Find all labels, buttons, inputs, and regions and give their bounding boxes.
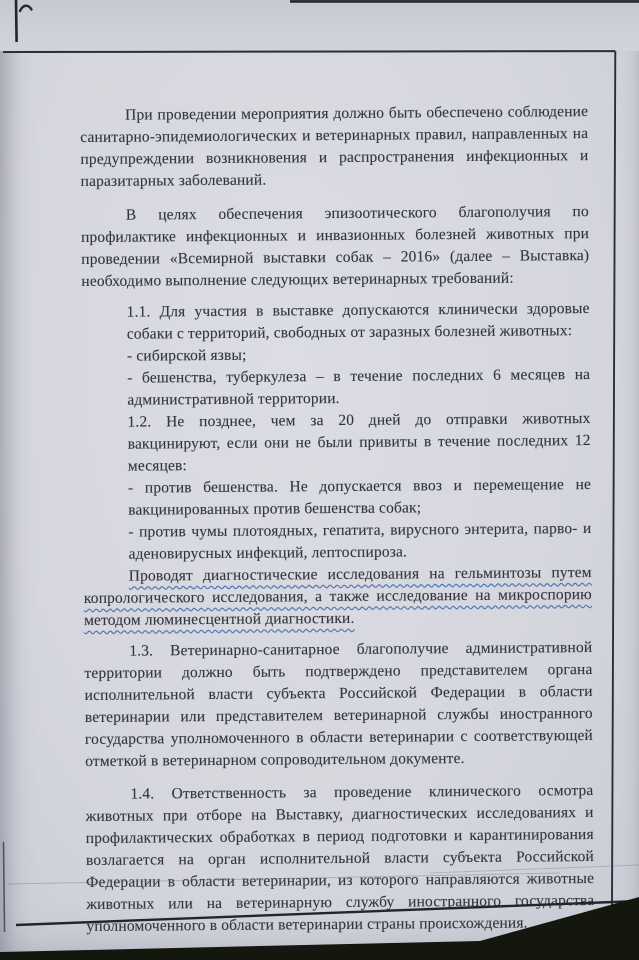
item-1-2: 1.2. Не позднее, чем за 20 дней до отпра…	[127, 408, 591, 478]
photocopy-border-right-line	[612, 51, 615, 906]
pen-underlined-text: Проводят диагностические исследования на…	[84, 564, 592, 629]
paragraph-purpose: В целях обеспечения эпизоотического благ…	[81, 201, 590, 293]
item-1-2-rabies-vaccine: - против бешенства. Не допускается ввоз …	[128, 474, 591, 522]
photocopy-border-top-line	[3, 51, 615, 52]
paragraph-1-3: 1.3. Ветеринарно-санитарное благополучие…	[84, 637, 593, 773]
paragraph-underlined: Проводят диагностические исследования на…	[84, 562, 593, 632]
item-1-2-distemper: - против чумы плотоядных, гепатита, виру…	[128, 518, 591, 566]
paragraph-intro: При проведении мероприятия должно быть о…	[80, 101, 589, 193]
document-photo: При проведении мероприятия должно быть о…	[0, 0, 639, 960]
photocopy-border-left-bottom-segment	[4, 842, 5, 932]
paragraph-1-4: 1.4. Ответственность за проведение клини…	[85, 780, 594, 938]
item-1-1-rabies-tb: - бешенства, туберкулеза – в течение пос…	[127, 364, 590, 412]
page-top-margin	[0, 0, 639, 51]
item-1-1: 1.1. Для участия в выставке допускаются …	[127, 298, 590, 346]
document-text-body: При проведении мероприятия должно быть о…	[80, 101, 595, 938]
requirements-list: 1.1. Для участия в выставке допускаются …	[127, 298, 592, 566]
